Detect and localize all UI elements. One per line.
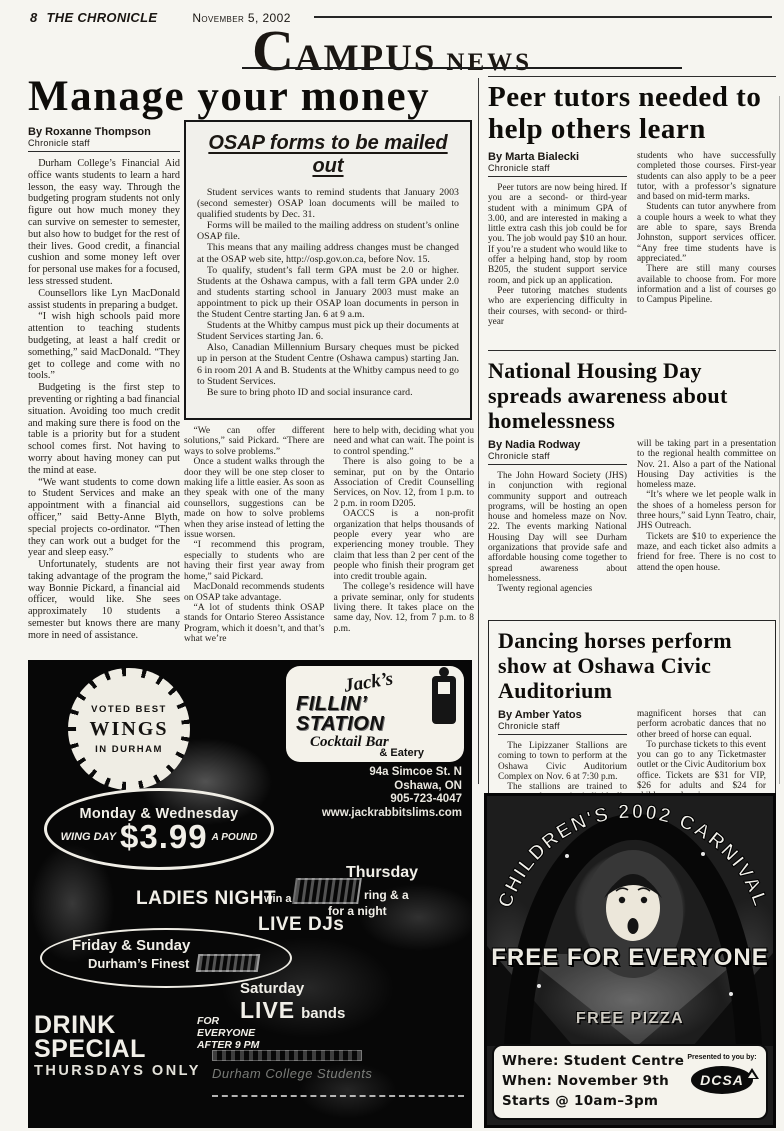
drink-special-title: DRINK SPECIAL xyxy=(34,1013,191,1061)
wing-day-label: WING DAY xyxy=(61,831,116,843)
article-headline: Dancing horses perform show at Oshawa Ci… xyxy=(498,628,766,703)
free-for-everyone-text: FREE FOR EVERYONE xyxy=(487,944,773,972)
carnival-starts: Starts @ 10am–3pm xyxy=(502,1091,684,1111)
article-headline: Peer tutors needed to help others learn xyxy=(488,81,776,145)
byline-organization: Chronicle staff xyxy=(498,721,627,735)
dcsa-logo: DCSA xyxy=(691,1066,753,1094)
byline-organization: Chronicle staff xyxy=(28,138,180,152)
weekend-finest-text: Durham’s Finest xyxy=(88,956,189,971)
live-bands-bands: bands xyxy=(301,1005,345,1022)
carnival-when: When: November 9th xyxy=(502,1071,684,1091)
city: Oshawa, ON xyxy=(322,780,462,794)
wing-day-special: Monday & Wednesday WING DAY $3.99 A POUN… xyxy=(44,788,274,870)
footer-text: Durham College Students xyxy=(212,1066,472,1081)
website-url: www.jackrabbitslims.com xyxy=(322,807,462,821)
column-divider-rule xyxy=(478,78,479,784)
osap-sidebar-box: OSAP forms to be mailed out Student serv… xyxy=(184,120,472,420)
childrens-carnival-ad: CHILDREN'S 2002 CARNIVAL FREE FOR EVERYO… xyxy=(484,793,776,1128)
byline: By Amber Yatos xyxy=(498,709,627,721)
live-djs-label: LIVE DJs xyxy=(258,914,344,936)
right-article-stack: Peer tutors needed to help others learn … xyxy=(488,76,776,847)
ladies-night-ring-text: ring & a xyxy=(364,888,409,902)
illegible-prize-text xyxy=(292,878,362,904)
jacks-logo-plate: Jack’s FILLIN’ STATION Cocktail Bar & Ea… xyxy=(286,666,464,762)
carnival-info-box: Where: Student Centre When: November 9th… xyxy=(492,1044,768,1120)
section-rule xyxy=(488,350,776,351)
article-manage-your-money: Manage your money By Roxanne Thompson Ch… xyxy=(28,74,474,658)
article-text: magnificent horses that can perform acro… xyxy=(637,709,766,802)
dcsa-logo-text: DCSA xyxy=(700,1072,744,1088)
ladies-night-title: LADIES NIGHT xyxy=(136,888,276,910)
carnival-where: Where: Student Centre xyxy=(502,1051,684,1071)
gas-pump-icon xyxy=(432,676,456,724)
header-rule xyxy=(314,16,772,18)
newspaper-page: 8 THE CHRONICLE November 5, 2002 CAMPUSN… xyxy=(0,0,784,1131)
drink-special-everyone: FOR EVERYONE xyxy=(197,1015,262,1039)
footer-dashed-rule xyxy=(212,1095,464,1097)
street-address: 94a Simcoe St. N xyxy=(322,766,462,780)
carnival-illustration: CHILDREN'S 2002 CARNIVAL xyxy=(487,796,776,1046)
sidebar-text: Student services wants to remind student… xyxy=(197,187,459,427)
logo-script-text: Jack’s xyxy=(343,668,395,697)
masthead-rule xyxy=(242,67,682,69)
badge-text-bottom: IN DURHAM xyxy=(95,744,163,755)
presented-by-label: Presented to you by: xyxy=(687,1054,756,1062)
saturday-label: Saturday xyxy=(240,980,345,997)
article-text: Durham College’s Financial Aid office wa… xyxy=(28,158,180,646)
article-text: here to help with, deciding what you nee… xyxy=(334,426,475,658)
article-headline: Manage your money xyxy=(28,74,474,120)
weekend-special: Friday & Sunday Durham’s Finest xyxy=(40,928,292,988)
jacks-fillin-station-ad: VOTED BEST WINGS IN DURHAM Jack’s FILLIN… xyxy=(28,660,472,1128)
article-peer-tutors: Peer tutors needed to help others learn … xyxy=(488,81,776,343)
phone-number: 905-723-4047 xyxy=(322,793,462,807)
logo-name-text: FILLIN’ STATION xyxy=(296,694,454,734)
byline-organization: Chronicle staff xyxy=(488,163,627,177)
wing-day-price: $3.99 xyxy=(120,822,208,852)
article-text: students who have successfully completed… xyxy=(637,151,776,305)
byline: By Marta Bialecki xyxy=(488,151,627,163)
byline: By Nadia Rodway xyxy=(488,439,627,451)
byline-organization: Chronicle staff xyxy=(488,451,627,465)
byline: By Roxanne Thompson xyxy=(28,126,180,138)
ad-footer: Durham College Students xyxy=(212,1050,472,1097)
weekend-days: Friday & Sunday xyxy=(72,937,290,954)
article-text: Peer tutors are now being hired. If you … xyxy=(488,183,627,327)
masthead-news: NEWS xyxy=(446,49,532,76)
ladies-night-win-text: win a xyxy=(264,893,292,905)
article-text: The John Howard Society (JHS) in conjunc… xyxy=(488,471,627,595)
section-masthead: CAMPUSNEWS xyxy=(0,22,784,80)
page-edge-rule xyxy=(779,96,780,784)
article-columns-2-3: “We can offer different solutions,” said… xyxy=(184,426,474,658)
article-national-housing-day: National Housing Day spreads awareness a… xyxy=(488,358,776,611)
sidebar-headline: OSAP forms to be mailed out xyxy=(197,132,459,178)
illegible-band-text xyxy=(196,954,261,972)
illegible-footer-text xyxy=(212,1050,362,1061)
free-pizza-text: FREE PIZZA xyxy=(487,1010,773,1028)
article-text: will be taking part in a presentation to… xyxy=(637,439,776,573)
article-text: “We can offer different solutions,” said… xyxy=(184,426,325,658)
voted-best-wings-badge: VOTED BEST WINGS IN DURHAM xyxy=(68,668,190,790)
article-column-1: By Roxanne Thompson Chronicle staff Durh… xyxy=(28,126,180,654)
contact-block: 94a Simcoe St. N Oshawa, ON 905-723-4047… xyxy=(322,766,462,820)
badge-text-top: VOTED BEST xyxy=(91,704,167,715)
article-headline: National Housing Day spreads awareness a… xyxy=(488,358,776,433)
dcsa-triangle-icon xyxy=(745,1068,759,1079)
badge-text-middle: WINGS xyxy=(90,718,169,741)
wing-day-unit: A POUND xyxy=(212,832,258,843)
